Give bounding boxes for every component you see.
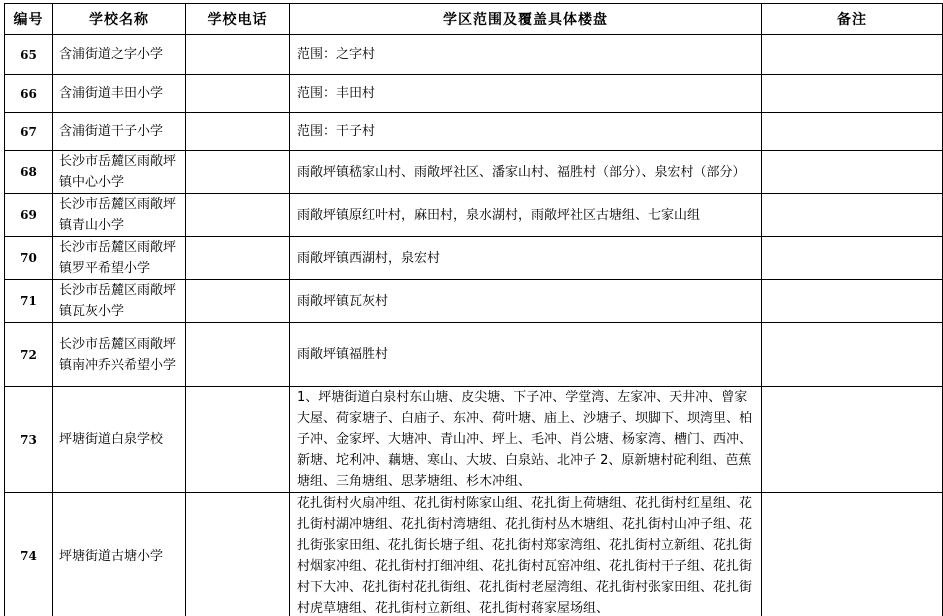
row-school-name: 坪塘街道白泉学校	[53, 387, 186, 493]
row-num: 72	[5, 323, 53, 387]
row-district-scope: 花扎街村火扇冲组、花扎街村陈家山组、花扎街上荷塘组、花扎街村红星组、花扎街村湖冲…	[290, 493, 762, 616]
row-school-name: 长沙市岳麓区雨敞坪镇中心小学	[53, 151, 186, 194]
row-district-scope: 雨敞坪镇原红叶村，麻田村，泉水湖村，雨敞坪社区古塘组、七家山组	[290, 194, 762, 237]
table-row: 73 坪塘街道白泉学校 1、坪塘街道白泉村东山塘、皮尖塘、下子冲、学堂湾、左家冲…	[5, 387, 943, 493]
row-school-name: 含浦街道干子小学	[53, 113, 186, 151]
header-district-scope: 学区范围及覆盖具体楼盘	[290, 4, 762, 35]
row-school-name: 长沙市岳麓区雨敞坪镇青山小学	[53, 194, 186, 237]
row-note	[762, 280, 943, 323]
row-school-name: 坪塘街道古塘小学	[53, 493, 186, 616]
row-num: 67	[5, 113, 53, 151]
row-num: 73	[5, 387, 53, 493]
row-note	[762, 237, 943, 280]
row-school-name: 含浦街道之字小学	[53, 35, 186, 75]
table-row: 70 长沙市岳麓区雨敞坪镇罗平希望小学 雨敞坪镇西湖村，泉宏村	[5, 237, 943, 280]
table-row: 68 长沙市岳麓区雨敞坪镇中心小学 雨敞坪镇嵇家山村、雨敞坪社区、潘家山村、福胜…	[5, 151, 943, 194]
row-school-phone	[186, 280, 290, 323]
row-note	[762, 387, 943, 493]
table-row: 66 含浦街道丰田小学 范围：丰田村	[5, 75, 943, 113]
row-school-phone	[186, 113, 290, 151]
row-note	[762, 194, 943, 237]
row-school-name: 含浦街道丰田小学	[53, 75, 186, 113]
row-school-name: 长沙市岳麓区雨敞坪镇瓦灰小学	[53, 280, 186, 323]
header-school-phone: 学校电话	[186, 4, 290, 35]
row-school-phone	[186, 194, 290, 237]
row-district-scope: 1、坪塘街道白泉村东山塘、皮尖塘、下子冲、学堂湾、左家冲、天井冲、曾家大屋、荷家…	[290, 387, 762, 493]
row-district-scope: 雨敞坪镇福胜村	[290, 323, 762, 387]
header-school-name: 学校名称	[53, 4, 186, 35]
row-school-name: 长沙市岳麓区雨敞坪镇南冲乔兴希望小学	[53, 323, 186, 387]
table-row: 72 长沙市岳麓区雨敞坪镇南冲乔兴希望小学 雨敞坪镇福胜村	[5, 323, 943, 387]
table-row: 69 长沙市岳麓区雨敞坪镇青山小学 雨敞坪镇原红叶村，麻田村，泉水湖村，雨敞坪社…	[5, 194, 943, 237]
row-school-phone	[186, 237, 290, 280]
row-note	[762, 75, 943, 113]
row-school-phone	[186, 35, 290, 75]
header-note: 备注	[762, 4, 943, 35]
row-district-scope: 雨敞坪镇瓦灰村	[290, 280, 762, 323]
header-num: 编号	[5, 4, 53, 35]
row-num: 66	[5, 75, 53, 113]
row-school-phone	[186, 387, 290, 493]
row-district-scope: 范围：之字村	[290, 35, 762, 75]
school-district-table: 编号 学校名称 学校电话 学区范围及覆盖具体楼盘 备注 65 含浦街道之字小学 …	[4, 3, 943, 616]
row-school-phone	[186, 75, 290, 113]
row-school-phone	[186, 493, 290, 616]
table-row: 74 坪塘街道古塘小学 花扎街村火扇冲组、花扎街村陈家山组、花扎街上荷塘组、花扎…	[5, 493, 943, 616]
row-district-scope: 范围：干子村	[290, 113, 762, 151]
row-num: 68	[5, 151, 53, 194]
row-num: 71	[5, 280, 53, 323]
row-note	[762, 35, 943, 75]
row-school-name: 长沙市岳麓区雨敞坪镇罗平希望小学	[53, 237, 186, 280]
row-num: 74	[5, 493, 53, 616]
row-district-scope: 雨敞坪镇嵇家山村、雨敞坪社区、潘家山村、福胜村（部分）、泉宏村（部分）	[290, 151, 762, 194]
table-row: 67 含浦街道干子小学 范围：干子村	[5, 113, 943, 151]
row-school-phone	[186, 323, 290, 387]
row-num: 70	[5, 237, 53, 280]
row-district-scope: 雨敞坪镇西湖村，泉宏村	[290, 237, 762, 280]
header-row: 编号 学校名称 学校电话 学区范围及覆盖具体楼盘 备注	[5, 4, 943, 35]
row-num: 65	[5, 35, 53, 75]
table-row: 65 含浦街道之字小学 范围：之字村	[5, 35, 943, 75]
row-note	[762, 151, 943, 194]
row-school-phone	[186, 151, 290, 194]
row-note	[762, 323, 943, 387]
table-row: 71 长沙市岳麓区雨敞坪镇瓦灰小学 雨敞坪镇瓦灰村	[5, 280, 943, 323]
row-note	[762, 493, 943, 616]
row-num: 69	[5, 194, 53, 237]
row-district-scope: 范围：丰田村	[290, 75, 762, 113]
row-note	[762, 113, 943, 151]
